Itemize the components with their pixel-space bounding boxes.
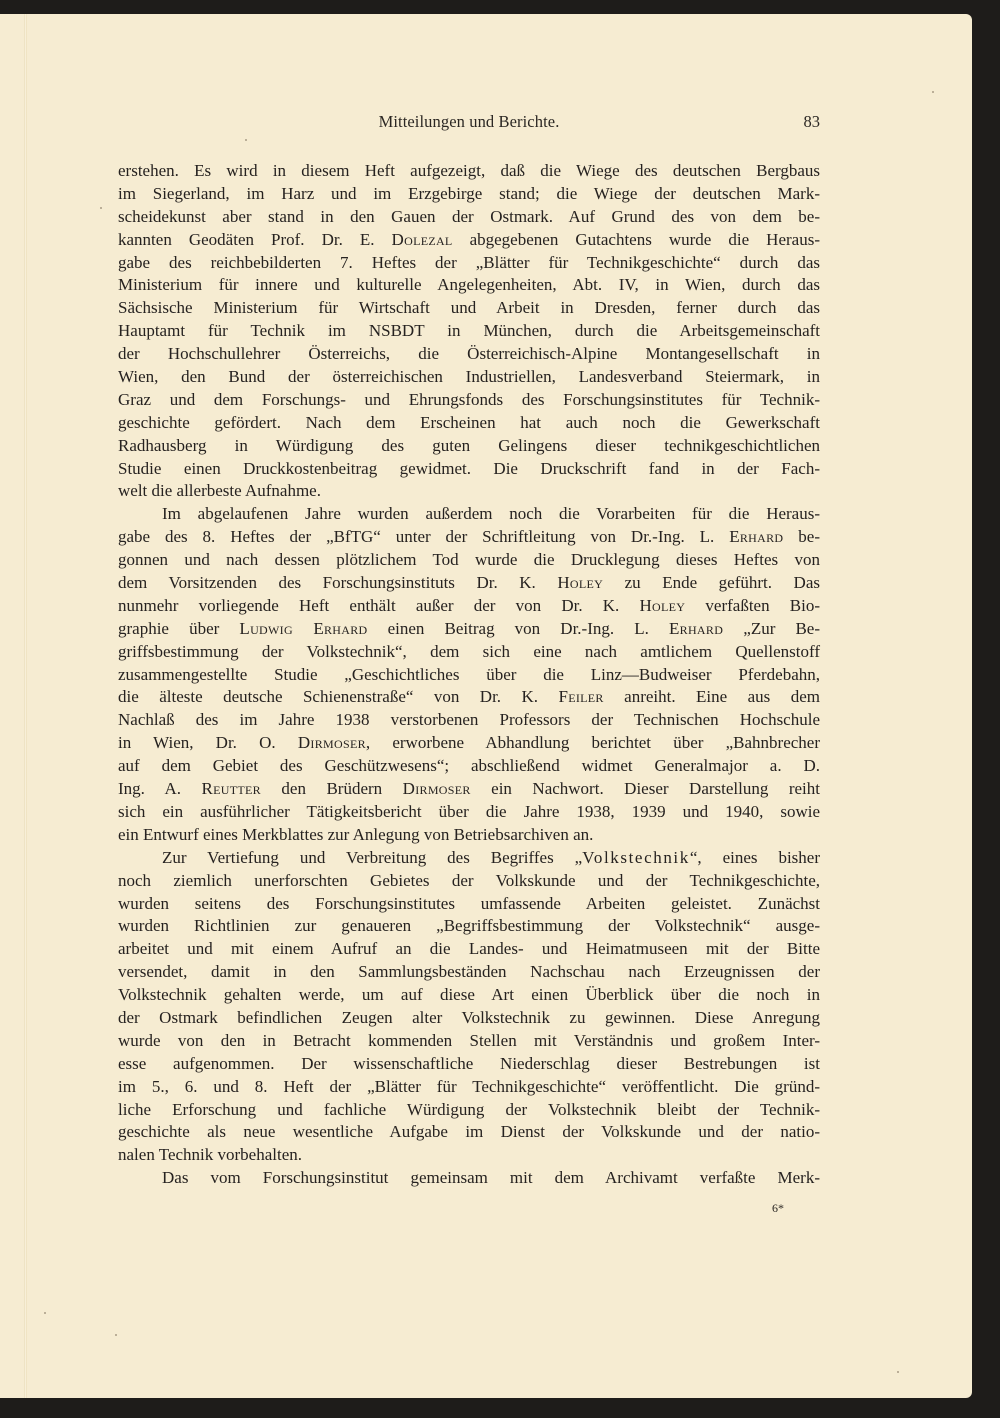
text-line: dem Vorsitzenden des Forschungsinstituts… [118, 572, 820, 595]
text-line: arbeitet und mit einem Aufruf an die Lan… [118, 938, 820, 961]
small-caps-name: Reutter [201, 779, 260, 798]
text-line: wurden seitens des Forschungsinstitutes … [118, 893, 820, 916]
text-line: Volkstechnik gehalten werde, um auf dies… [118, 984, 820, 1007]
paper-speck [100, 207, 102, 209]
body-text: erstehen. Es wird in diesem Heft aufgeze… [118, 160, 820, 1190]
scanned-page: Mitteilungen und Berichte. 83 erstehen. … [0, 14, 972, 1398]
text-line: erstehen. Es wird in diesem Heft aufgeze… [118, 160, 820, 183]
text-line: geschichte gefördert. Nach dem Erscheine… [118, 412, 820, 435]
text-line: scheidekunst aber stand in den Gauen der… [118, 206, 820, 229]
text-line: sich ein ausführlicher Tätigkeitsbericht… [118, 801, 820, 824]
text-line: Ministerium für innere und kulturelle An… [118, 274, 820, 297]
text-line: Das vom Forschungsinstitut gemeinsam mit… [118, 1167, 820, 1190]
text-line: Im abgelaufenen Jahre wurden außerdem no… [118, 503, 820, 526]
text-line: zusammengestellte Studie „Geschichtliche… [118, 664, 820, 687]
text-line: Hauptamt für Technik im NSBDT in München… [118, 320, 820, 343]
small-caps-name: Erhard [729, 527, 783, 546]
paper-speck [245, 139, 247, 141]
text-line: Zur Vertiefung und Verbreitung des Begri… [118, 847, 820, 870]
text-line: die älteste deutsche Schienenstraße“ von… [118, 686, 820, 709]
text-line: graphie über Ludwig Erhard einen Beitrag… [118, 618, 820, 641]
small-caps-name: Dirmoser [403, 779, 471, 798]
text-line: auf dem Gebiet des Geschützwesens“; absc… [118, 755, 820, 778]
small-caps-name: Holey [639, 596, 685, 615]
text-line: Radhausberg in Würdigung des guten Gelin… [118, 435, 820, 458]
text-line: ein Entwurf eines Merkblattes zur Anlegu… [118, 824, 820, 847]
paragraph: Zur Vertiefung und Verbreitung des Begri… [118, 847, 820, 1167]
text-line: Graz und dem Forschungs- und Ehrungsfond… [118, 389, 820, 412]
paragraph: erstehen. Es wird in diesem Heft aufgeze… [118, 160, 820, 503]
small-caps-name: Holey [557, 573, 603, 592]
text-line: noch ziemlich unerforschten Gebietes der… [118, 870, 820, 893]
small-caps-name: Dolezal [392, 230, 453, 249]
text-line: geschichte als neue wesentliche Aufgabe … [118, 1121, 820, 1144]
text-line: in Wien, Dr. O. Dirmoser, erworbene Abha… [118, 732, 820, 755]
text-line: nunmehr vorliegende Heft enthält außer d… [118, 595, 820, 618]
running-header: Mitteilungen und Berichte. 83 [118, 112, 820, 134]
binding-gutter [24, 14, 27, 1398]
text-line: Studie einen Druckkostenbeitrag gewidmet… [118, 458, 820, 481]
page-number: 83 [804, 112, 821, 132]
text-line: griffsbestimmung der Volkstechnik“, dem … [118, 641, 820, 664]
small-caps-name: Erhard [669, 619, 723, 638]
text-line: wurden Richtlinien zur genaueren „Begrif… [118, 915, 820, 938]
small-caps-name: Feiler [558, 687, 603, 706]
text-line: im Siegerland, im Harz und im Erzgebirge… [118, 183, 820, 206]
text-line: esse aufgenommen. Der wissenschaftliche … [118, 1053, 820, 1076]
paper-speck [44, 1312, 46, 1314]
text-line: nalen Technik vorbehalten. [118, 1144, 820, 1167]
text-line: gabe des 8. Heftes der „BfTG“ unter der … [118, 526, 820, 549]
text-line: gabe des reichbebilderten 7. Heftes der … [118, 252, 820, 275]
signature-mark: 6* [772, 1201, 784, 1216]
paper-speck [932, 91, 934, 93]
text-line: gonnen und nach dessen plötzlichem Tod w… [118, 549, 820, 572]
text-line: der Ostmark befindlichen Zeugen alter Vo… [118, 1007, 820, 1030]
small-caps-name: Ludwig Erhard [239, 619, 367, 638]
text-line: versendet, damit in den Sammlungsbeständ… [118, 961, 820, 984]
text-line: der Hochschullehrer Österreichs, die Öst… [118, 343, 820, 366]
paper-speck [115, 1334, 117, 1336]
text-line: welt die allerbeste Aufnahme. [118, 480, 820, 503]
text-line: Nachlaß des im Jahre 1938 verstorbenen P… [118, 709, 820, 732]
paragraph: Das vom Forschungsinstitut gemeinsam mit… [118, 1167, 820, 1190]
text-line: Sächsische Ministerium für Wirtschaft un… [118, 297, 820, 320]
text-line: Ing. A. Reutter den Brüdern Dirmoser ein… [118, 778, 820, 801]
letterspaced-term: Volkstechnik [582, 848, 690, 867]
running-title: Mitteilungen und Berichte. [118, 112, 820, 132]
text-line: liche Erforschung und fachliche Würdigun… [118, 1099, 820, 1122]
paper-speck [897, 1371, 899, 1373]
text-line: wurde von den in Betracht kommenden Stel… [118, 1030, 820, 1053]
small-caps-name: Dirmoser [298, 733, 366, 752]
text-line: Wien, den Bund der österreichischen Indu… [118, 366, 820, 389]
text-line: kannten Geodäten Prof. Dr. E. Dolezal ab… [118, 229, 820, 252]
text-line: im 5., 6. und 8. Heft der „Blätter für T… [118, 1076, 820, 1099]
paragraph: Im abgelaufenen Jahre wurden außerdem no… [118, 503, 820, 846]
